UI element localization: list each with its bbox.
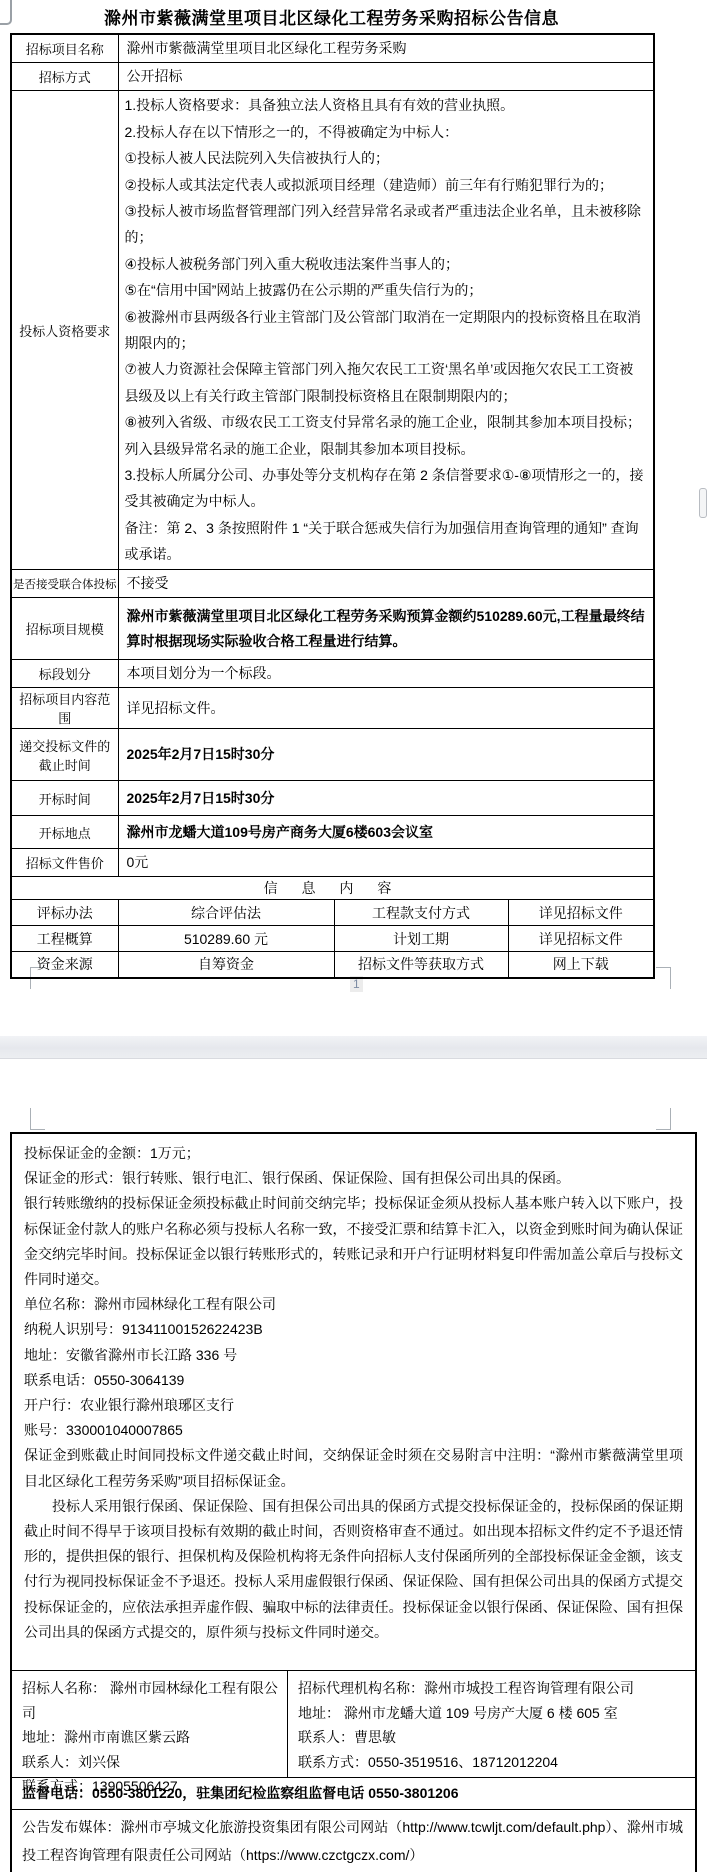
qualification-line: ⑥被滁州市县两级各行业主管部门及公管部门取消在一定期限内的投标资格且在取消期限内… <box>125 304 648 357</box>
margin-mark-top-left-page2 <box>30 1108 45 1130</box>
deposit-paragraph: 投标人采用银行保函、保证保险、国有担保公司出具的保函方式提交投标保证金的，投标保… <box>24 1494 683 1645</box>
table-row: 标段划分 本项目划分为一个标段。 <box>11 660 654 688</box>
document-title: 滁州市紫薇满堂里项目北区绿化工程劳务采购招标公告信息 <box>10 4 653 29</box>
qualification-line: 2.投标人存在以下情形之一的，不得被确定为中标人： <box>125 119 648 145</box>
announcement-media-row: 公告发布媒体：滁州市亭城文化旅游投资集团有限公司网站（http://www.tc… <box>12 1809 695 1872</box>
agency-phone: 联系方式：0550-3519516、18712012204 <box>298 1750 687 1775</box>
document-viewport: 1 滁州市紫薇满堂里项目北区绿化工程劳务采购招标公告信息 招标项目名称 滁州市紫… <box>0 0 707 1872</box>
bidder-contact-cell: 招标人名称： 滁州市园林绿化工程有限公司 地址：滁州市南谯区紫云路 联系人：刘兴… <box>12 1671 287 1777</box>
qualification-line: ⑤在“信用中国”网站上披露仍在公示期的严重失信行为的； <box>125 277 648 303</box>
deposit-paragraph: 开户行：农业银行滁州琅琊区支行 <box>24 1393 683 1418</box>
info-cell: 详见招标文件 <box>508 900 654 926</box>
page-separator <box>0 1036 707 1059</box>
agency-contact-person: 联系人：曹思敏 <box>298 1725 687 1750</box>
table-row: 投标人资格要求 1.投标人资格要求：具备独立法人资格且具有有效的营业执照。 2.… <box>11 91 654 570</box>
deposit-paragraphs-cell: 投标保证金的金额：1万元； 保证金的形式：银行转账、银行电汇、银行保函、保证保险… <box>12 1134 695 1670</box>
info-cell: 工程款支付方式 <box>334 900 508 926</box>
info-cell: 资金来源 <box>11 952 118 978</box>
scrollbar-thumb[interactable] <box>699 488 707 518</box>
contacts-row: 招标人名称： 滁州市园林绿化工程有限公司 地址：滁州市南谯区紫云路 联系人：刘兴… <box>12 1670 695 1777</box>
deposit-paragraph: 投标保证金的金额：1万元； <box>24 1141 683 1166</box>
info-row: 工程概算 510289.60 元 计划工期 详见招标文件 <box>11 926 654 952</box>
deposit-paragraph: 联系电话：0550-3064139 <box>24 1368 683 1393</box>
row-label: 投标人资格要求 <box>11 91 118 570</box>
row-value: 2025年2月7日15时30分 <box>118 729 654 781</box>
row-value: 本项目划分为一个标段。 <box>118 660 654 688</box>
row-label: 开标地点 <box>11 816 118 849</box>
qualification-line: 3.投标人所属分公司、办事处等分支机构存在第 2 条信誉要求①-⑧项情形之一的，… <box>125 462 648 515</box>
margin-mark-top-right-page2 <box>656 1108 671 1130</box>
info-row: 资金来源 自筹资金 招标文件等获取方式 网上下载 <box>11 952 654 978</box>
info-cell: 综合评估法 <box>118 900 334 926</box>
qualification-line: ①投标人被人民法院列入失信被执行人的； <box>125 145 648 171</box>
deposit-details-table: 投标保证金的金额：1万元； 保证金的形式：银行转账、银行电汇、银行保函、保证保险… <box>10 1132 697 1872</box>
qualification-line: ⑧被列入省级、市级农民工工资支付异常名录的施工企业，限制其参加本项目投标；列入县… <box>125 409 648 462</box>
qualification-line: 备注：第 2、3 条按照附件 1 “关于联合惩戒失信行为加强信用查询管理的通知”… <box>125 515 648 568</box>
row-label: 递交投标文件的截止时间 <box>11 729 118 781</box>
table-row: 开标地点 滁州市龙蟠大道109号房产商务大厦6楼603会议室 <box>11 816 654 849</box>
row-label: 招标项目名称 <box>11 34 118 63</box>
bidder-contact-person: 联系人：刘兴保 <box>22 1750 279 1775</box>
bidder-name: 招标人名称： 滁州市园林绿化工程有限公司 <box>22 1676 279 1725</box>
qualification-line: 1.投标人资格要求：具备独立法人资格且具有有效的营业执照。 <box>125 92 648 118</box>
row-label: 招标项目内容范围 <box>11 688 118 729</box>
row-value: 滁州市紫薇满堂里项目北区绿化工程劳务采购预算金额约510289.60元,工程量最… <box>118 598 654 660</box>
table-row: 招标项目内容范围 详见招标文件。 <box>11 688 654 729</box>
info-cell: 自筹资金 <box>118 952 334 978</box>
row-value: 不接受 <box>118 570 654 598</box>
margin-mark-bottom-right <box>656 967 671 989</box>
table-row: 递交投标文件的截止时间 2025年2月7日15时30分 <box>11 729 654 781</box>
table-row: 招标项目规模 滁州市紫薇满堂里项目北区绿化工程劳务采购预算金额约510289.6… <box>11 598 654 660</box>
info-cell: 详见招标文件 <box>508 926 654 952</box>
deposit-paragraph: 保证金到账截止时间同投标文件递交截止时间，交纳保证金时须在交易附言中注明：“滁州… <box>24 1443 683 1493</box>
info-cell: 招标文件等获取方式 <box>334 952 508 978</box>
qualification-line: ④投标人被税务部门列入重大税收违法案件当事人的； <box>125 251 648 277</box>
row-value: 0元 <box>118 849 654 877</box>
info-cell: 计划工期 <box>334 926 508 952</box>
info-row: 评标办法 综合评估法 工程款支付方式 详见招标文件 <box>11 900 654 926</box>
deposit-paragraph: 银行转账缴纳的投标保证金须投标截止时间前交纳完毕；投标保证金须从投标人基本账户转… <box>24 1191 683 1292</box>
info-cell: 网上下载 <box>508 952 654 978</box>
row-value: 2025年2月7日15时30分 <box>118 781 654 816</box>
row-value: 滁州市龙蟠大道109号房产商务大厦6楼603会议室 <box>118 816 654 849</box>
info-cell: 510289.60 元 <box>118 926 334 952</box>
row-label: 招标方式 <box>11 63 118 91</box>
deposit-paragraph: 账号：330001040007865 <box>24 1418 683 1443</box>
row-label: 是否接受联合体投标 <box>11 570 118 598</box>
deposit-paragraph: 单位名称：滁州市园林绿化工程有限公司 <box>24 1292 683 1317</box>
table-row: 招标项目名称 滁州市紫薇满堂里项目北区绿化工程劳务采购 <box>11 34 654 63</box>
info-cell: 评标办法 <box>11 900 118 926</box>
deposit-paragraph: 纳税人识别号：91341100152622423B <box>24 1317 683 1342</box>
info-cell: 工程概算 <box>11 926 118 952</box>
row-value: 详见招标文件。 <box>118 688 654 729</box>
info-section-header-row: 信 息 内 容 <box>11 877 654 900</box>
tender-info-table: 招标项目名称 滁州市紫薇满堂里项目北区绿化工程劳务采购 招标方式 公开招标 投标… <box>10 33 655 979</box>
table-row: 招标文件售价 0元 <box>11 849 654 877</box>
bidder-address: 地址：滁州市南谯区紫云路 <box>22 1725 279 1750</box>
qualification-line: ③投标人被市场监督管理部门列入经营异常名录或者严重违法企业名单，且未被移除的； <box>125 198 648 251</box>
agency-address: 地址： 滁州市龙蟠大道 109 号房产大厦 6 楼 605 室 <box>298 1701 687 1726</box>
agency-name: 招标代理机构名称：滁州市城投工程咨询管理有限公司 <box>298 1676 687 1701</box>
info-section-title: 信 息 内 容 <box>11 877 654 900</box>
row-label: 开标时间 <box>11 781 118 816</box>
row-label: 标段划分 <box>11 660 118 688</box>
qualification-line: ⑦被人力资源社会保障主管部门列入拖欠农民工工资‘黑名单’或因拖欠农民工工资被县级… <box>125 356 648 409</box>
deposit-paragraph: 地址：安徽省滁州市长江路 336 号 <box>24 1343 683 1368</box>
row-label: 招标文件售价 <box>11 849 118 877</box>
table-row: 招标方式 公开招标 <box>11 63 654 91</box>
table-row: 是否接受联合体投标 不接受 <box>11 570 654 598</box>
row-label: 招标项目规模 <box>11 598 118 660</box>
row-value: 公开招标 <box>118 63 654 91</box>
qualification-requirements-cell: 1.投标人资格要求：具备独立法人资格且具有有效的营业执照。 2.投标人存在以下情… <box>118 91 654 570</box>
row-value: 滁州市紫薇满堂里项目北区绿化工程劳务采购 <box>118 34 654 63</box>
table-row: 开标时间 2025年2月7日15时30分 <box>11 781 654 816</box>
deposit-paragraph: 保证金的形式：银行转账、银行电汇、银行保函、保证保险、国有担保公司出具的保函。 <box>24 1166 683 1191</box>
agency-contact-cell: 招标代理机构名称：滁州市城投工程咨询管理有限公司 地址： 滁州市龙蟠大道 109… <box>287 1671 695 1777</box>
qualification-line: ②投标人或其法定代表人或拟派项目经理（建造师）前三年有行贿犯罪行为的； <box>125 172 648 198</box>
